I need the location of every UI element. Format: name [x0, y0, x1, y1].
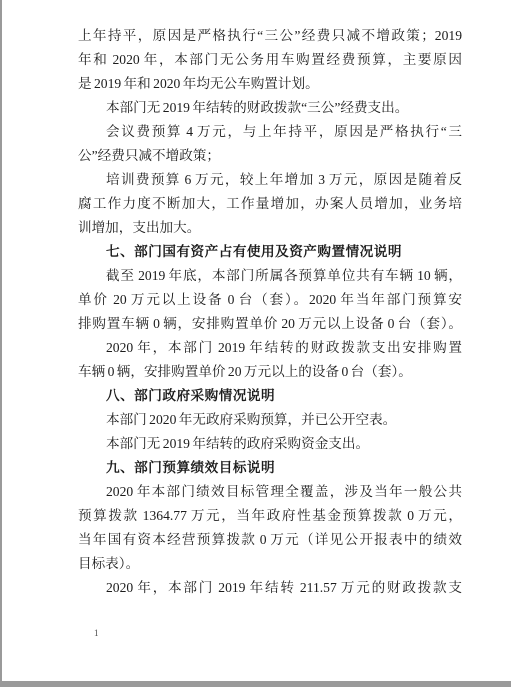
- page-number: 1: [94, 628, 99, 638]
- text-line: 训增加，支出加大。: [78, 216, 462, 240]
- section-heading-9: 九、部门预算绩效目标说明: [78, 456, 462, 480]
- text-line: 车辆 0 辆，安排购置单价 20 万元以上的设备 0 台（套）。: [78, 360, 462, 384]
- text-line: 培训费预算 6 万元，较上年增加 3 万元，原因是随着反: [78, 168, 462, 192]
- page-left-edge-line: [0, 0, 2, 682]
- section-heading-8: 八、部门政府采购情况说明: [78, 384, 462, 408]
- text-line: 本部门无 2019 年结转的政府采购资金支出。: [78, 432, 462, 456]
- text-line: 当年国有资本经营预算拨款 0 万元（详见公开报表中的绩效: [78, 528, 462, 552]
- section-heading-7: 七、部门国有资产占有使用及资产购置情况说明: [78, 240, 462, 264]
- text-line: 预算拨款 1364.77 万元，当年政府性基金预算拨款 0 万元，: [78, 504, 462, 528]
- text-line: 公”经费只减不增政策；: [78, 144, 462, 168]
- text-line: 目标表）。: [78, 552, 462, 576]
- text-line: 2020 年，本部门 2019 年结转的财政拨款支出安排购置: [78, 336, 462, 360]
- text-line: 本部门无 2019 年结转的财政拨款“三公”经费支出。: [78, 96, 462, 120]
- text-line: 截至 2019 年底，本部门所属各预算单位共有车辆 10 辆，: [78, 264, 462, 288]
- text-line: 单价 20 万元以上设备 0 台（套）。2020 年当年部门预算安: [78, 288, 462, 312]
- text-line: 2020 年本部门绩效目标管理全覆盖，涉及当年一般公共: [78, 480, 462, 504]
- text-line: 年和 2020 年，本部门无公务用车购置经费预算，主要原因: [78, 48, 462, 72]
- text-line: 2020 年，本部门 2019 年结转 211.57 万元的财政拨款支: [78, 576, 462, 600]
- page-bottom-edge-bar: [0, 681, 511, 687]
- document-page: 上年持平，原因是严格执行“三公”经费只减不增政策；2019 年和 2020 年，…: [0, 0, 511, 688]
- text-line: 腐工作力度不断加大，工作量增加，办案人员增加，业务培: [78, 192, 462, 216]
- text-line: 上年持平，原因是严格执行“三公”经费只减不增政策；2019: [78, 24, 462, 48]
- document-text-block: 上年持平，原因是严格执行“三公”经费只减不增政策；2019 年和 2020 年，…: [78, 24, 462, 600]
- text-line: 排购置车辆 0 辆，安排购置单价 20 万元以上设备 0 台（套）。: [78, 312, 462, 336]
- text-line: 是 2019 年和 2020 年均无公车购置计划。: [78, 72, 462, 96]
- text-line: 本部门 2020 年无政府采购预算，并已公开空表。: [78, 408, 462, 432]
- text-line: 会议费预算 4 万元，与上年持平，原因是严格执行“三: [78, 120, 462, 144]
